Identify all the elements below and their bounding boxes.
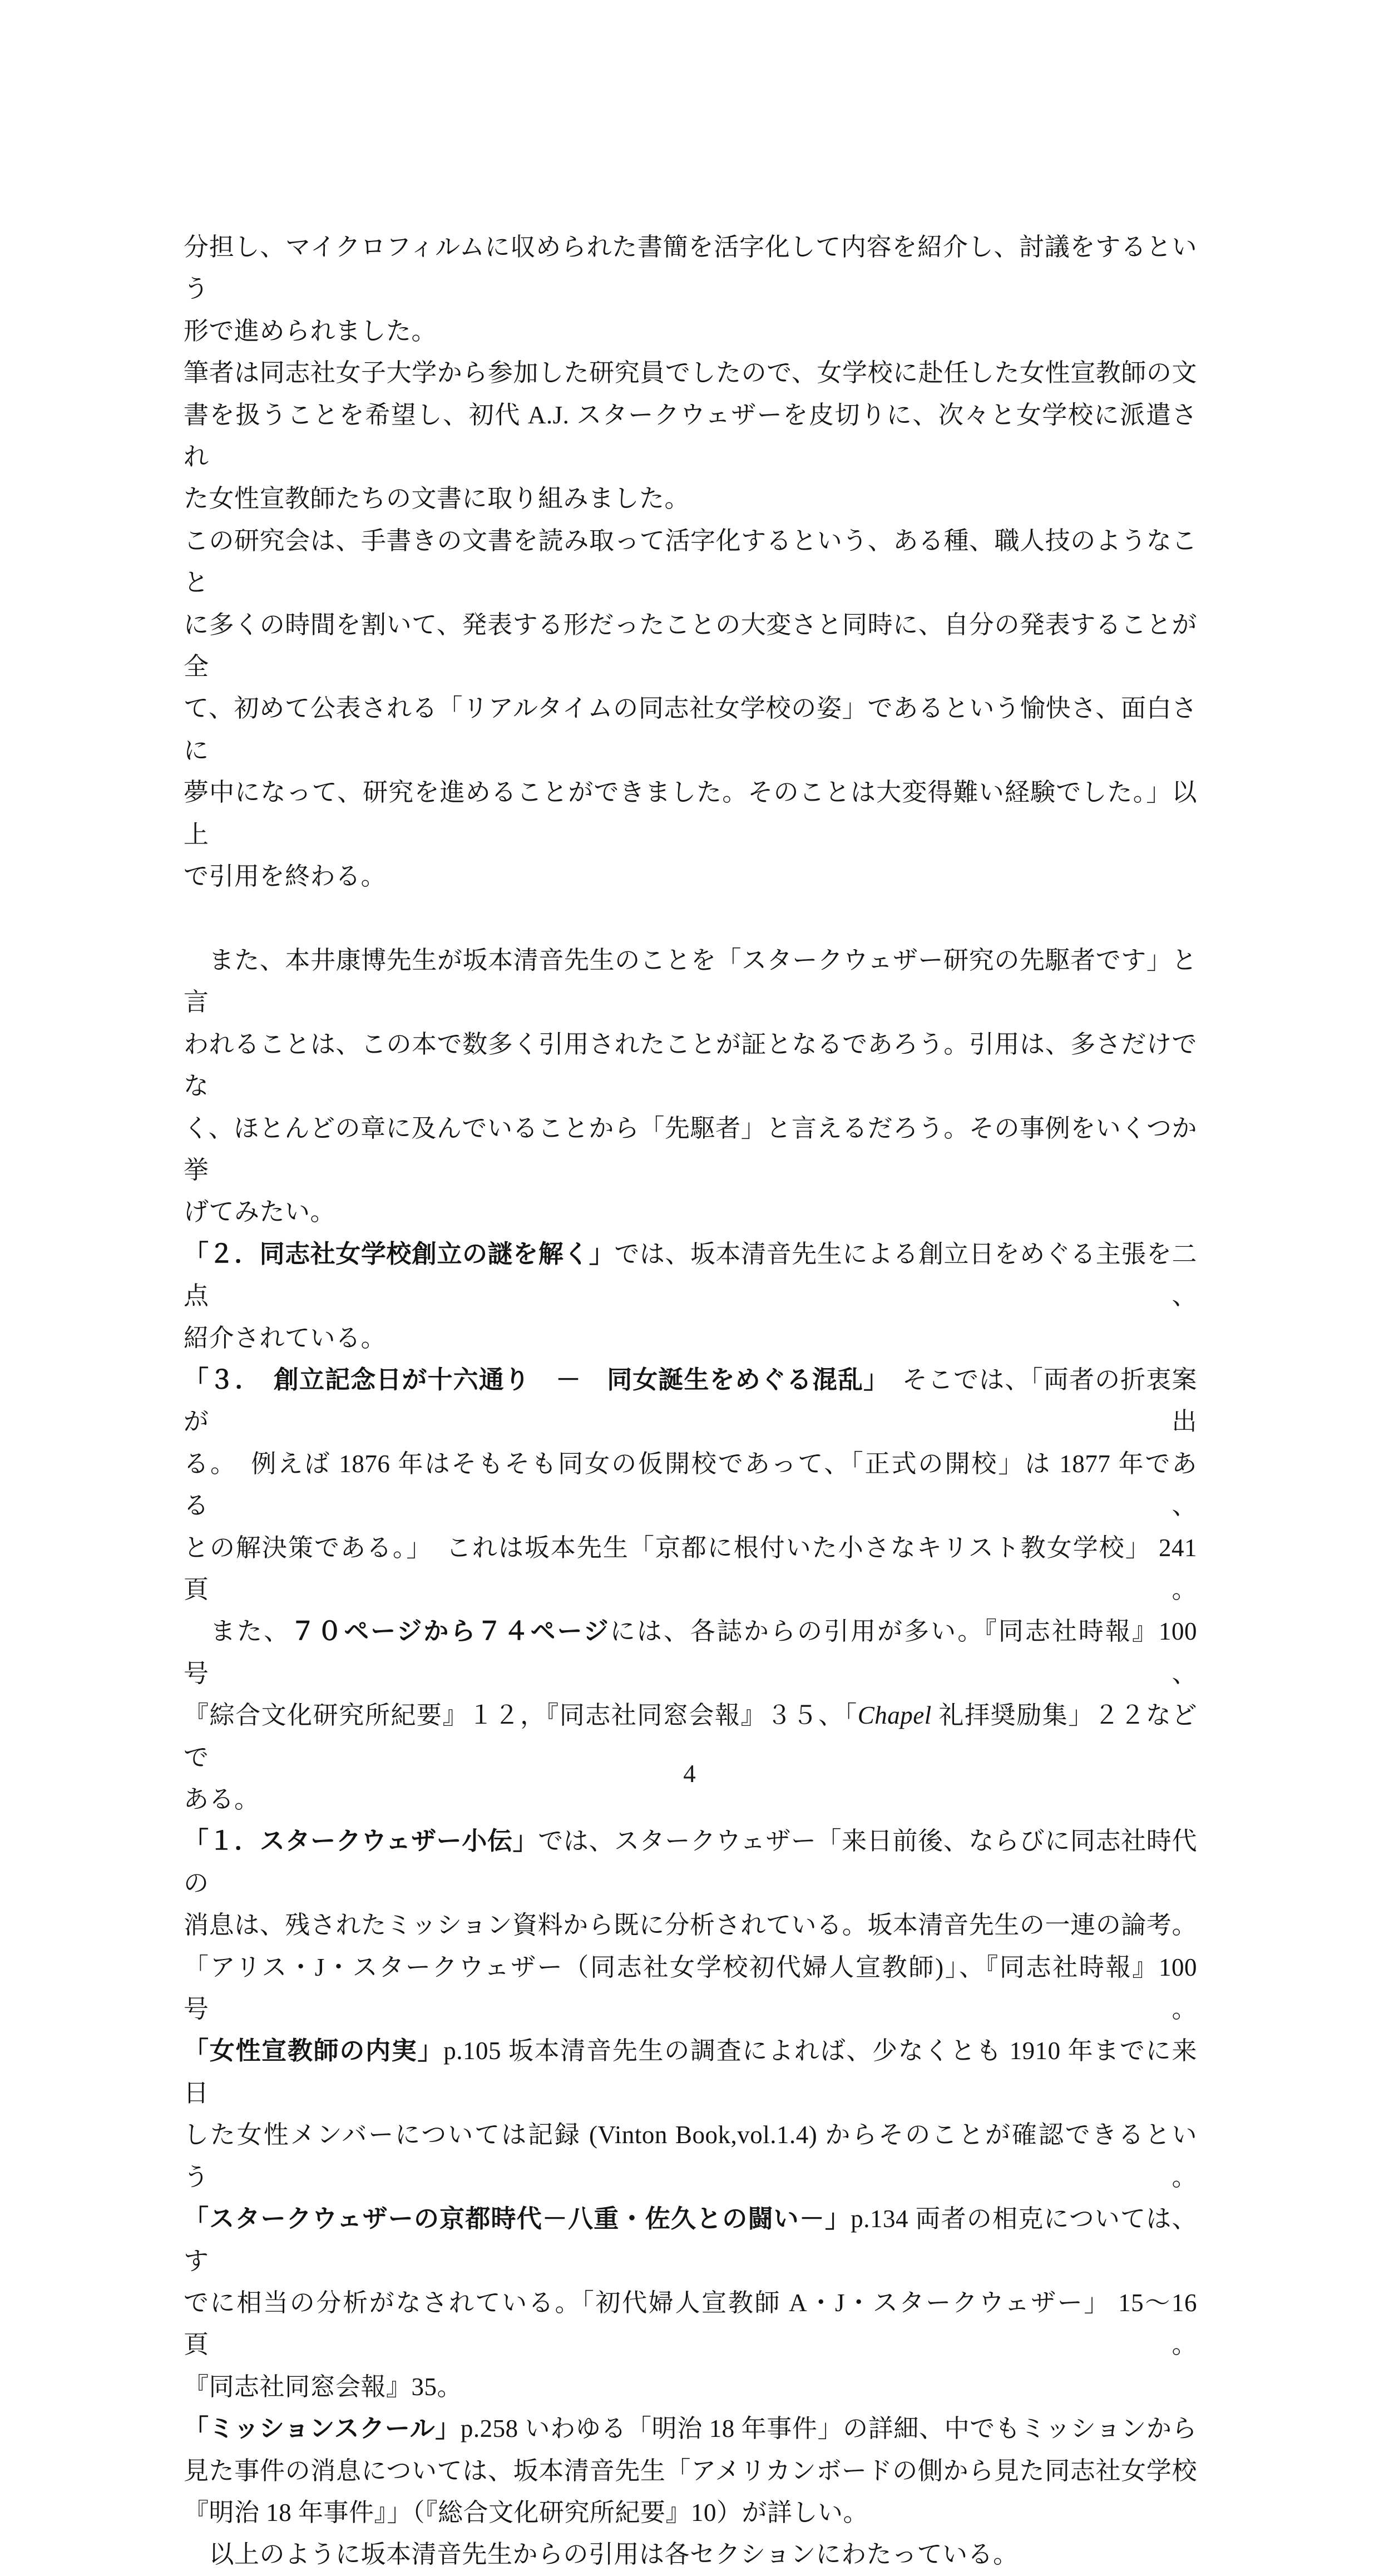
- text-segment: 見た事件の消息については、坂本清音先生「アメリカンボードの側から見た同志社女学校: [184, 2457, 1197, 2485]
- text-line: 「３． 創立記念日が十六通り － 同女誕生をめぐる混乱」 そこでは、「両者の折衷…: [184, 1359, 1197, 1443]
- text-segment: た女性宣教師たちの文書に取り組みました。: [184, 485, 690, 512]
- text-line: 「１．スタークウェザー小伝」では、スタークウェザー「来日前後、ならびに同志社時代…: [184, 1820, 1197, 1904]
- text-segment: この研究会は、手書きの文書を読み取って活字化するという、ある種、職人技のようなこ…: [184, 527, 1197, 596]
- text-line: 分担し、マイクロフィルムに収められた書簡を活字化して内容を紹介し、討議をするとい…: [184, 226, 1197, 310]
- text-segment: 書を扱うことを希望し、初代 A.J. スタークウェザーを皮切りに、次々と女学校に…: [184, 401, 1197, 471]
- bold-text-segment: 「女性宣教師の内実」: [184, 2037, 443, 2065]
- text-line: 紹介されている。: [184, 1317, 1197, 1359]
- text-line: した女性メンバーについては記録 (Vinton Book,vol.1.4) から…: [184, 2114, 1197, 2198]
- text-line: 「女性宣教師の内実」p.105 坂本清音先生の調査によれば、少なくとも 1910…: [184, 2030, 1197, 2114]
- bold-text-segment: 「スタークウェザーの京都時代－八重・佐久との闘い－」: [184, 2205, 851, 2233]
- text-line: 書を扱うことを希望し、初代 A.J. スタークウェザーを皮切りに、次々と女学校に…: [184, 394, 1197, 478]
- document-page: 分担し、マイクロフィルムに収められた書簡を活字化して内容を紹介し、討議をするとい…: [0, 0, 1379, 1952]
- text-line: て、初めて公表される「リアルタイムの同志社女学校の姿」であるという愉快さ、面白さ…: [184, 688, 1197, 772]
- text-segment: 「アリス・J・スタークウェザー（同志社女学校初代婦人宣教師)」、『同志社時報』1…: [184, 1953, 1197, 2023]
- text-line: 「２．同志社女学校創立の謎を解く」では、坂本清音先生による創立日をめぐる主張を二…: [184, 1233, 1197, 1317]
- text-line: でに相当の分析がなされている。「初代婦人宣教師 A・J・スタークウェザー」 15…: [184, 2282, 1197, 2366]
- text-segment: げてみたい。: [184, 1198, 335, 1226]
- text-segment: て、初めて公表される「リアルタイムの同志社女学校の姿」であるという愉快さ、面白さ…: [184, 694, 1197, 764]
- text-segment: で引用を終わる。: [184, 862, 386, 890]
- text-line: 見た事件の消息については、坂本清音先生「アメリカンボードの側から見た同志社女学校: [184, 2450, 1197, 2492]
- text-segment: 『明治 18 年事件』」（『総合文化研究所紀要』10）が詳しい。: [184, 2499, 868, 2526]
- text-segment: との解決策である。」 これは坂本先生「京都に根付いた小さなキリスト教女学校」 2…: [184, 1534, 1197, 1603]
- text-line: 「ミッションスクール」p.258 いわゆる「明治 18 年事件」の詳細、中でもミ…: [184, 2408, 1197, 2450]
- text-segment: る。 例えば 1876 年はそもそも同女の仮開校であって、「正式の開校」は 18…: [184, 1450, 1197, 1519]
- text-line: 夢中になって、研究を進めることができました。そのことは大変得難い経験でした。」以…: [184, 772, 1197, 856]
- text-segment: 以上のように坂本清音先生からの引用は各セクションにわたっている。: [184, 2540, 1019, 2568]
- text-line: [184, 898, 1197, 940]
- page-number: 4: [0, 1757, 1379, 1790]
- text-line: に多くの時間を割いて、発表する形だったことの大変さと同時に、自分の発表することが…: [184, 604, 1197, 688]
- text-line: また、７０ページから７４ページには、各誌からの引用が多い。『同志社時報』100 …: [184, 1611, 1197, 1695]
- text-line: 筆者は同志社女子大学から参加した研究員でしたので、女学校に赴任した女性宣教師の文: [184, 352, 1197, 394]
- text-segment: また、: [184, 1617, 290, 1645]
- text-line: また、本井康博先生が坂本清音先生のことを「スタークウェザー研究の先駆者です」と言: [184, 940, 1197, 1024]
- text-line: で引用を終わる。: [184, 856, 1197, 897]
- text-segment: われることは、この本で数多く引用されたことが証となるであろう。引用は、多さだけで…: [184, 1030, 1197, 1100]
- text-segment: 分担し、マイクロフィルムに収められた書簡を活字化して内容を紹介し、討議をするとい…: [184, 233, 1197, 303]
- bold-text-segment: 「３． 創立記念日が十六通り － 同女誕生をめぐる混乱」: [184, 1366, 877, 1394]
- text-line: 『同志社同窓会報』35。: [184, 2366, 1197, 2408]
- text-line: げてみたい。: [184, 1191, 1197, 1233]
- text-segment: 形で進められました。: [184, 317, 437, 345]
- text-segment: 『同志社同窓会報』35。: [184, 2373, 462, 2401]
- text-segment: また、本井康博先生が坂本清音先生のことを「スタークウェザー研究の先駆者です」と言: [184, 946, 1197, 1016]
- text-line: る。 例えば 1876 年はそもそも同女の仮開校であって、「正式の開校」は 18…: [184, 1443, 1197, 1527]
- text-line: この研究会は、手書きの文書を読み取って活字化するという、ある種、職人技のようなこ…: [184, 520, 1197, 604]
- bold-text-segment: ７０ページから７４ページ: [290, 1617, 610, 1645]
- text-line: 以上のように坂本清音先生からの引用は各セクションにわたっている。: [184, 2534, 1197, 2575]
- bold-text-segment: 「２．同志社女学校創立の謎を解く」: [184, 1240, 614, 1268]
- text-segment: p.258 いわゆる「明治 18 年事件」の詳細、中でもミッションから: [461, 2415, 1197, 2442]
- italic-text-segment: Chapel: [858, 1701, 932, 1729]
- text-line: との解決策である。」 これは坂本先生「京都に根付いた小さなキリスト教女学校」 2…: [184, 1527, 1197, 1611]
- document-body: 分担し、マイクロフィルムに収められた書簡を活字化して内容を紹介し、討議をするとい…: [184, 226, 1197, 2576]
- text-line: 消息は、残されたミッション資料から既に分析されている。坂本清音先生の一連の論考。: [184, 1904, 1197, 1946]
- text-line: われることは、この本で数多く引用されたことが証となるであろう。引用は、多さだけで…: [184, 1024, 1197, 1108]
- bold-text-segment: 「１．スタークウェザー小伝」: [184, 1827, 538, 1855]
- text-line: く、ほとんどの章に及んでいることから「先駆者」と言えるだろう。その事例をいくつか…: [184, 1108, 1197, 1192]
- bold-text-segment: 「ミッションスクール」: [184, 2415, 461, 2442]
- text-line: 『明治 18 年事件』」（『総合文化研究所紀要』10）が詳しい。: [184, 2492, 1197, 2534]
- text-segment: に多くの時間を割いて、発表する形だったことの大変さと同時に、自分の発表することが…: [184, 611, 1197, 680]
- text-line: 形で進められました。: [184, 310, 1197, 352]
- text-segment: く、ほとんどの章に及んでいることから「先駆者」と言えるだろう。その事例をいくつか…: [184, 1114, 1197, 1184]
- text-segment: 『綜合文化研究所紀要』１２，『同志社同窓会報』３５、「: [184, 1701, 858, 1729]
- text-segment: 紹介されている。: [184, 1324, 386, 1352]
- text-segment: した女性メンバーについては記録 (Vinton Book,vol.1.4) から…: [184, 2121, 1197, 2190]
- text-segment: 消息は、残されたミッション資料から既に分析されている。坂本清音先生の一連の論考。: [184, 1911, 1197, 1939]
- text-segment: でに相当の分析がなされている。「初代婦人宣教師 A・J・スタークウェザー」 15…: [184, 2289, 1197, 2358]
- text-segment: 夢中になって、研究を進めることができました。そのことは大変得難い経験でした。」以…: [184, 778, 1197, 848]
- text-line: 「スタークウェザーの京都時代－八重・佐久との闘い－」p.134 両者の相克につい…: [184, 2198, 1197, 2282]
- text-segment: 筆者は同志社女子大学から参加した研究員でしたので、女学校に赴任した女性宣教師の文: [184, 359, 1197, 387]
- text-line: た女性宣教師たちの文書に取り組みました。: [184, 478, 1197, 520]
- text-line: 「アリス・J・スタークウェザー（同志社女学校初代婦人宣教師)」、『同志社時報』1…: [184, 1947, 1197, 2031]
